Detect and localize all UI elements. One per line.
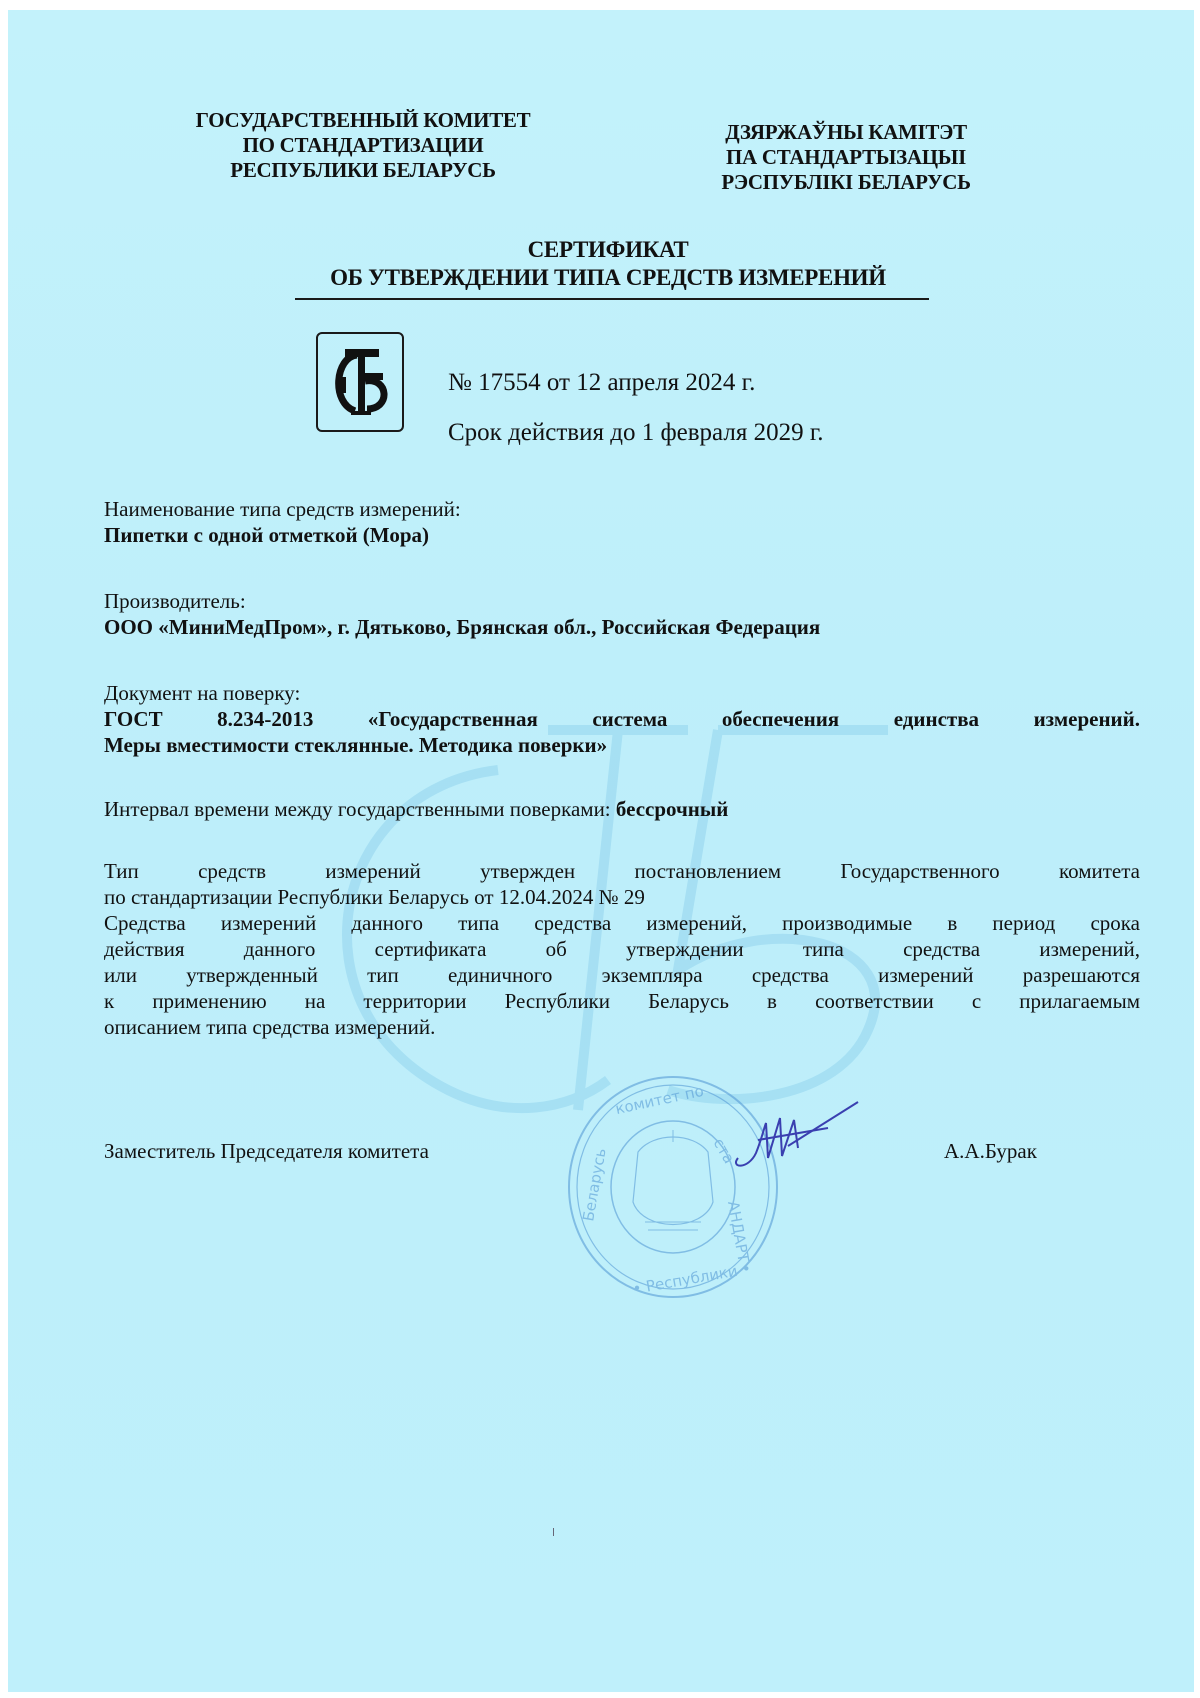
verification-document-value-line-2: Меры вместимости стеклянные. Методика по… — [104, 732, 1140, 758]
committee-name-belarusian: ДЗЯРЖАЎНЫ КАМІТЭТ ПА СТАНДАРТЫЗАЦЫІ РЭСП… — [696, 120, 996, 195]
permission-line: описанием типа средства измерений. — [104, 1014, 1140, 1040]
title-line-1: СЕРТИФИКАТ — [278, 236, 938, 264]
permission-line: к применению на территории Республики Бе… — [104, 988, 1140, 1014]
verification-interval-section: Интервал времени между государственными … — [104, 796, 1140, 822]
type-name-value: Пипетки с одной отметкой (Мора) — [104, 522, 1140, 548]
certificate-number: № 17554 от 12 апреля 2024 г. — [448, 368, 755, 398]
approval-line: Тип средств измерений утвержден постанов… — [104, 858, 1140, 884]
manufacturer-section: Производитель: ООО «МиниМедПром», г. Дят… — [104, 588, 1140, 640]
stb-logo-icon — [327, 343, 393, 421]
manufacturer-value: ООО «МиниМедПром», г. Дятьково, Брянская… — [104, 614, 1140, 640]
approval-text: Тип средств измерений утвержден постанов… — [104, 858, 1140, 1040]
scan-speck — [553, 1528, 554, 1536]
permission-line: или утвержденный тип единичного экземпля… — [104, 962, 1140, 988]
verification-interval-value: бессрочный — [616, 797, 729, 821]
title-line-2: ОБ УТВЕРЖДЕНИИ ТИПА СРЕДСТВ ИЗМЕРЕНИЙ — [278, 264, 938, 292]
verification-interval-label: Интервал времени между государственными … — [104, 797, 611, 821]
signature-icon — [728, 1098, 868, 1178]
verification-document-label: Документ на поверку: — [104, 680, 1140, 706]
approval-line: по стандартизации Республики Беларусь от… — [104, 884, 1140, 910]
permission-line: Средства измерений данного типа средства… — [104, 910, 1140, 936]
certificate-validity: Срок действия до 1 февраля 2029 г. — [448, 418, 824, 448]
type-name-section: Наименование типа средств измерений: Пип… — [104, 496, 1140, 548]
committee-name-russian: ГОСУДАРСТВЕННЫЙ КОМИТЕТ ПО СТАНДАРТИЗАЦИ… — [173, 108, 553, 183]
verification-document-value-line-1: ГОСТ 8.234-2013 «Государственная система… — [104, 706, 1140, 732]
certificate-page: ГОСУДАРСТВЕННЫЙ КОМИТЕТ ПО СТАНДАРТИЗАЦИ… — [8, 10, 1194, 1692]
signatory-name: А.А.Бурак — [944, 1138, 1037, 1164]
svg-text:• Республики •: • Республики • — [631, 1259, 752, 1298]
svg-text:АНДАРТ: АНДАРТ — [724, 1200, 753, 1265]
verification-document-section: Документ на поверку: ГОСТ 8.234-2013 «Го… — [104, 680, 1140, 758]
header-right-line: ПА СТАНДАРТЫЗАЦЫІ — [696, 145, 996, 170]
title-divider — [295, 298, 929, 300]
header-right-line: ДЗЯРЖАЎНЫ КАМІТЭТ — [696, 120, 996, 145]
permission-line: действия данного сертификата об утвержде… — [104, 936, 1140, 962]
header-left-line: ГОСУДАРСТВЕННЫЙ КОМИТЕТ — [173, 108, 553, 133]
manufacturer-label: Производитель: — [104, 588, 1140, 614]
svg-text:Беларусь: Беларусь — [579, 1147, 610, 1223]
type-name-label: Наименование типа средств измерений: — [104, 496, 1140, 522]
header-left-line: ПО СТАНДАРТИЗАЦИИ — [173, 133, 553, 158]
header-left-line: РЕСПУБЛИКИ БЕЛАРУСЬ — [173, 158, 553, 183]
header-right-line: РЭСПУБЛІКІ БЕЛАРУСЬ — [696, 170, 996, 195]
stb-logo — [316, 332, 404, 432]
signatory-position: Заместитель Председателя комитета — [104, 1138, 429, 1164]
document-title: СЕРТИФИКАТ ОБ УТВЕРЖДЕНИИ ТИПА СРЕДСТВ И… — [278, 236, 938, 292]
